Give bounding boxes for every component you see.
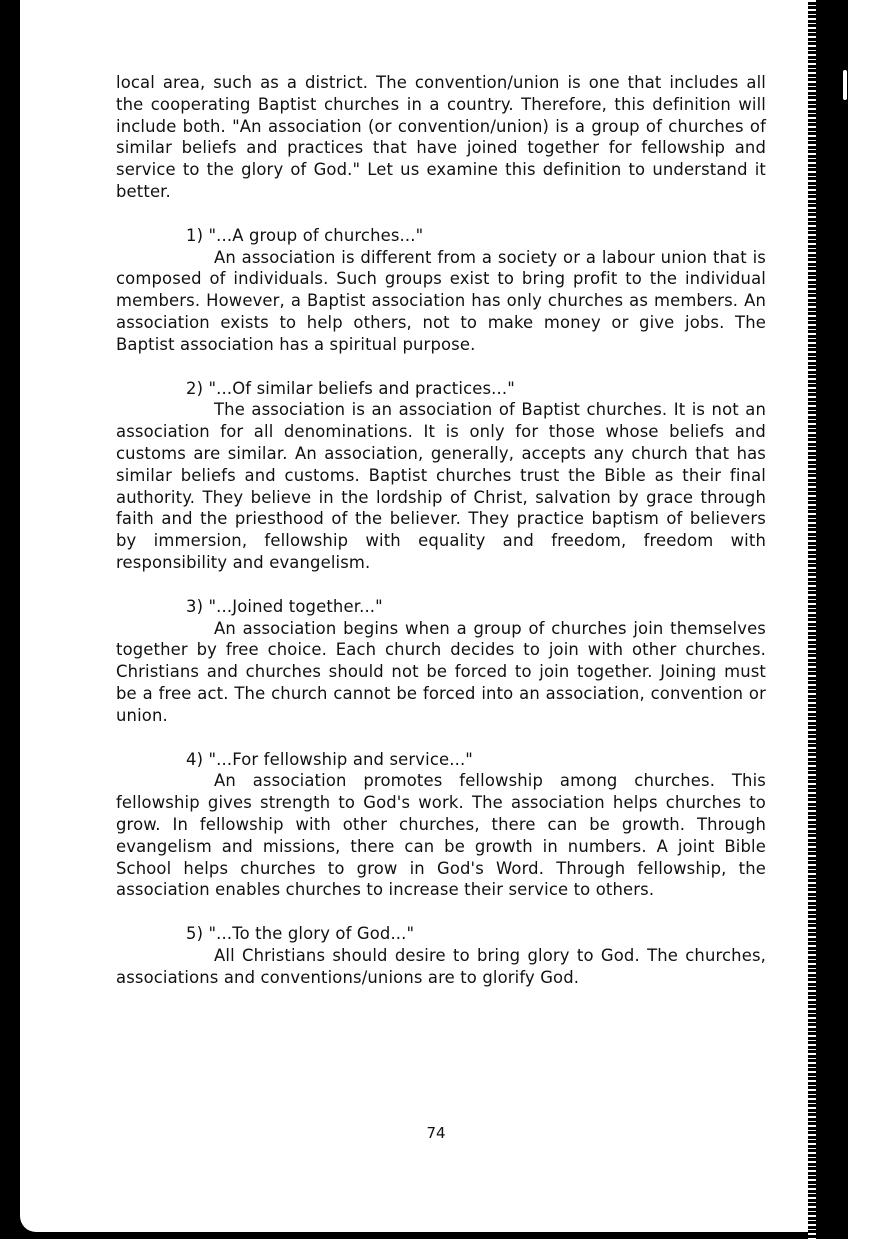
- page-number: 74: [0, 1124, 872, 1142]
- section-body: An association is different from a socie…: [116, 247, 766, 356]
- section-joined-together: 3) "...Joined together..." An associatio…: [116, 596, 766, 727]
- section-heading: 2) "...Of similar beliefs and practices.…: [116, 378, 766, 400]
- section-fellowship-service: 4) "...For fellowship and service..." An…: [116, 749, 766, 902]
- section-body: The association is an association of Bap…: [116, 399, 766, 573]
- scan-margin: [848, 0, 872, 1239]
- section-glory-of-god: 5) "...To the glory of God..." All Chris…: [116, 923, 766, 988]
- section-heading: 5) "...To the glory of God...": [116, 923, 766, 945]
- section-group-of-churches: 1) "...A group of churches..." An associ…: [116, 225, 766, 356]
- section-heading: 4) "...For fellowship and service...": [116, 749, 766, 771]
- intro-paragraph: local area, such as a district. The conv…: [116, 72, 766, 203]
- section-body: All Christians should desire to bring gl…: [116, 945, 766, 989]
- scan-artifact: [843, 70, 847, 100]
- document-body: local area, such as a district. The conv…: [116, 72, 766, 988]
- section-heading: 1) "...A group of churches...": [116, 225, 766, 247]
- section-body: An association promotes fellowship among…: [116, 770, 766, 901]
- scan-binding-shadow: [816, 0, 848, 1239]
- section-heading: 3) "...Joined together...": [116, 596, 766, 618]
- page-number-text: 74: [426, 1124, 445, 1142]
- section-similar-beliefs: 2) "...Of similar beliefs and practices.…: [116, 378, 766, 574]
- section-body: An association begins when a group of ch…: [116, 618, 766, 727]
